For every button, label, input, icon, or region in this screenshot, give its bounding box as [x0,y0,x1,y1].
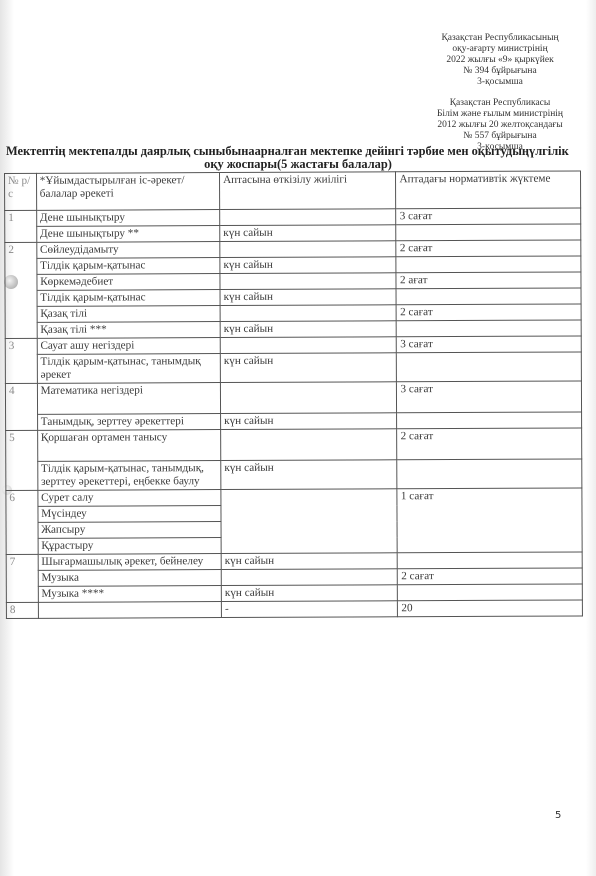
activity-cell: Көркемәдебиет [37,274,220,291]
load-cell [398,584,583,601]
frequency-cell: күн сайын [220,353,397,383]
load-cell [397,352,582,382]
page-number: 5 [555,810,561,821]
frequency-cell: күн сайын [221,585,398,602]
stamp-line: Білім және ғылым министрінің [420,109,580,120]
row-number: 2 [5,242,37,338]
activity-cell: Құрастыру [38,538,221,555]
activity-cell: Қоршаған ортамен танысу [37,430,220,462]
frequency-cell: - [221,601,398,618]
load-cell: 2 сағат [398,568,583,585]
frequency-cell: күн сайын [221,413,398,430]
title-line-2: оқу жоспары(5 жастағы балалар) [6,158,590,171]
activity-cell: Математика негіздері [37,383,220,415]
frequency-cell [220,209,397,226]
row-number: 8 [6,602,38,618]
frequency-cell [221,569,398,586]
frequency-cell [220,241,397,258]
table-row: Тілдік қарым-қатынас, танымдық, зерттеу … [6,459,582,491]
frequency-cell [221,489,398,554]
activity-cell: Қазақ тілі *** [37,322,220,339]
activity-cell: Жапсыру [38,522,221,539]
activity-cell: Сурет салу [38,490,221,507]
frequency-cell [220,305,397,322]
activity-cell: Тілдік қарым-қатынас, танымдық әрекет [37,354,220,384]
activity-cell [38,602,221,619]
load-cell: 3 сағат [396,208,581,225]
frequency-cell [221,429,398,461]
scan-edge-shadow-right [586,0,596,876]
stamp-line: № 557 бұйрығына [420,131,580,142]
frequency-cell: күн сайын [220,225,397,242]
table-row: 6 Сурет салу 1 сағат [6,488,582,507]
table-row-total: 8 - 20 [6,600,582,619]
load-cell [397,459,582,489]
table-row: 4 Математика негіздері 3 сағат [5,381,581,415]
activity-cell: Мүсіндеу [38,506,221,523]
load-cell: 1 сағат [397,488,582,553]
total-load-cell: 20 [398,600,583,617]
frequency-cell: күн сайын [220,321,397,338]
load-cell: 2 сағат [396,240,581,257]
row-number: 1 [5,210,37,242]
load-cell [396,224,581,241]
activity-cell: Шығармашылық әрекет, бейнелеу [38,554,221,571]
table-header-row: № р/с *Ұйымдастырылған іс-әрекет/балалар… [5,171,581,211]
load-cell: 3 сағат [397,381,582,413]
stamp-line: 2012 жылғы 20 желтоқсандағы [420,120,580,131]
activity-cell: Қазақ тілі [37,306,220,323]
load-cell [398,552,583,569]
document-title: Мектептің мектепалды даярлық сыныбынаарн… [6,145,590,171]
load-cell [397,412,582,429]
frequency-cell [220,273,397,290]
header-weekly-load: Аптадағы нормативтік жүктеме [396,171,581,209]
load-cell [397,320,582,337]
header-number: № р/с [5,173,37,210]
activity-cell: Сауат ашу негіздері [37,338,220,355]
frequency-cell [220,337,397,354]
header-frequency: Аптасына өткізілу жиілігі [220,172,397,210]
stamp-line: оқу-ағарту министрінің [420,44,580,55]
activity-cell: Тілдік қарым-қатынас [37,258,220,275]
stamp-line: № 394 бұйрығына [420,66,580,77]
activity-cell: Танымдық, зерттеу әрекеттері [37,414,220,431]
frequency-cell: күн сайын [220,289,397,306]
frequency-cell [220,382,397,414]
table-row: Тілдік қарым-қатынас, танымдық әрекет кү… [5,352,581,384]
load-cell [396,256,581,273]
load-cell [396,288,581,305]
stamp-line: 3-қосымша [420,77,580,88]
activity-cell: Тілдік қарым-қатынас [37,290,220,307]
row-number: 5 [6,430,38,490]
header-activity: *Ұйымдастырылған іс-әрекет/балалар әреке… [36,173,219,211]
activity-cell: Музыка [38,570,221,587]
frequency-cell: күн сайын [220,257,397,274]
activity-cell: Тілдік қарым-қатынас, танымдық, зерттеу … [37,461,220,491]
stamp-line: 2022 жылғы «9» қыркүйек [420,55,580,66]
activity-cell: Сөйлеудідамыту [37,242,220,259]
load-cell: 2 сағат [397,428,582,460]
frequency-cell: күн сайын [221,553,398,570]
load-cell: 3 сағат [397,336,582,353]
stamp-line: Қазақстан Республикасының [420,33,580,44]
load-cell: 2 ағат [396,272,581,289]
activity-cell: Дене шынықтыру [36,210,219,227]
curriculum-table: № р/с *Ұйымдастырылған іс-әрекет/балалар… [4,170,583,619]
row-number: 6 [6,490,38,554]
activity-cell: Дене шынықтыру ** [36,226,219,243]
stamp-line: Қазақстан Республикасы [420,98,580,109]
row-number: 4 [5,383,37,430]
row-number: 7 [6,554,38,602]
table-row: 5 Қоршаған ортамен танысу 2 сағат [6,428,582,462]
load-cell: 2 сағат [397,304,582,321]
row-number: 3 [5,338,37,383]
activity-cell: Музыка **** [38,586,221,603]
frequency-cell: күн сайын [221,460,398,490]
appendix-stamp-2022: Қазақстан Республикасының оқу-ағарту мин… [420,33,580,88]
